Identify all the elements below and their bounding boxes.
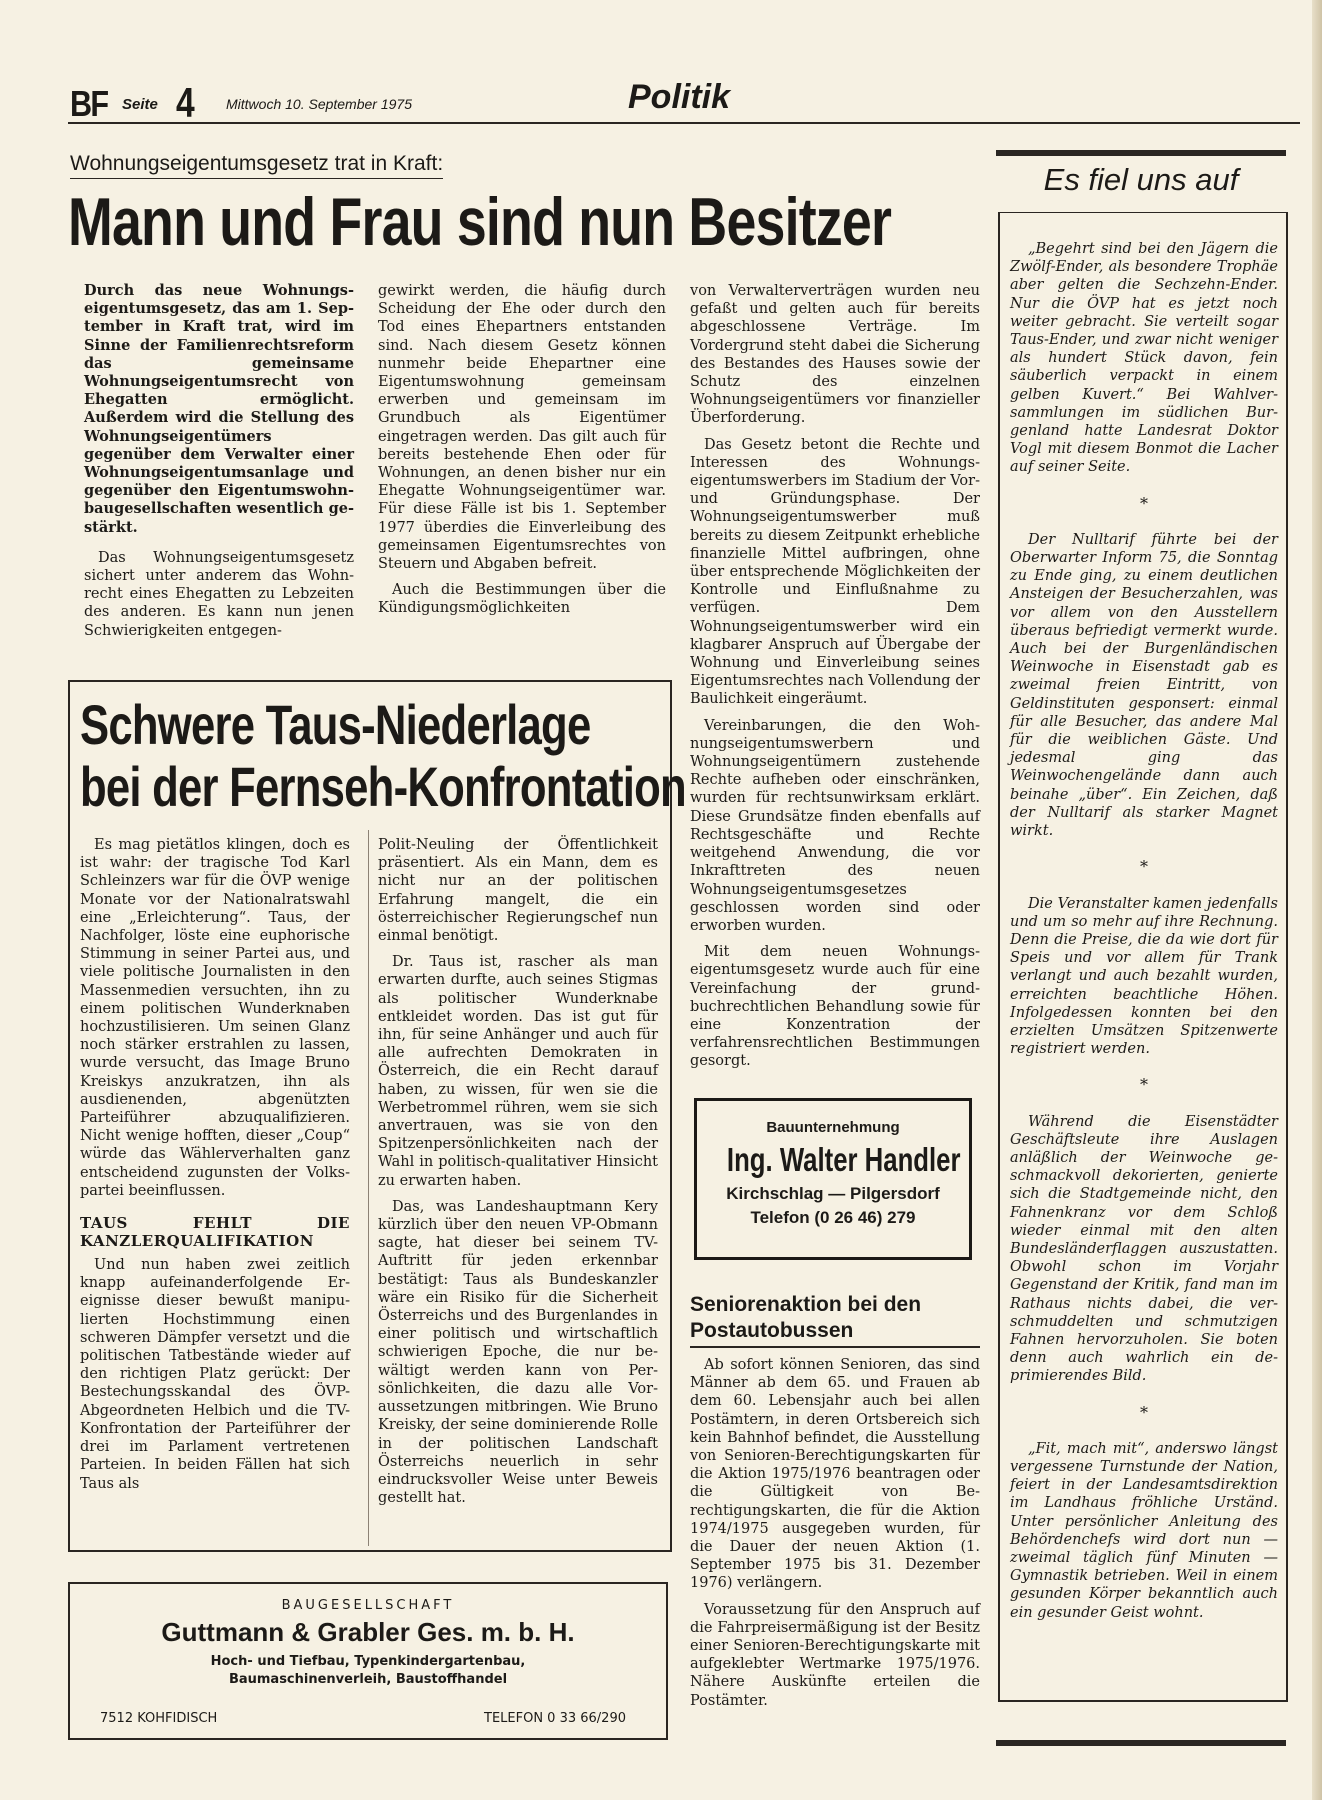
issue-date: Mittwoch 10. September 1975 — [226, 96, 412, 112]
page-label: Seite — [122, 96, 158, 113]
section-title: Politik — [628, 80, 730, 114]
page-edge — [1312, 0, 1322, 1800]
column-divider — [368, 830, 369, 1546]
ad-company-name: Guttmann & Grabler Ges. m. b. H. — [70, 1617, 666, 1648]
article-column-1: Es mag pietätlos klingen, doch es ist wa… — [80, 836, 350, 1493]
article-paragraph: Vereinbarungen, die den Woh­nungseigentu… — [690, 717, 980, 935]
paper-logo: BF — [70, 86, 107, 122]
article-headline: Schwere Taus-Niederlage bei der Fernseh-… — [80, 694, 686, 818]
sidebar-item: „Begehrt sind bei den Jägern die Zwölf-E… — [1010, 240, 1278, 477]
sidebar-item: Die Veranstalter kamen jedenfalls und um… — [1010, 895, 1278, 1059]
article-paragraph: Voraussetzung für den An­spruch auf die … — [690, 1601, 980, 1710]
article-paragraph: Ab sofort können Senioren, das sind Männ… — [690, 1356, 980, 1593]
headline-rule — [690, 1346, 980, 1348]
article-paragraph: Das Wohnungseigentumsgesetz sichert unte… — [84, 549, 354, 640]
advertisement-guttmann-grabler: BAUGESELLSCHAFT Guttmann & Grabler Ges. … — [68, 1582, 668, 1740]
sidebar-item: „Fit, mach mit“, anderswo längst vergess… — [1010, 1440, 1278, 1622]
article-paragraph: Mit dem neuen Wohnungs­eigentumsgesetz w… — [690, 943, 980, 1070]
ad-locations: Kirchschlag — Pilgersdorf — [697, 1184, 969, 1204]
ad-category: Bauunternehmung — [697, 1119, 969, 1136]
article-headline: Mann und Frau sind nun Besitzer — [68, 188, 891, 256]
ad-category: BAUGESELLSCHAFT — [70, 1598, 666, 1613]
article-headline: Seniorenaktion bei den Postautobussen — [690, 1292, 980, 1344]
article-paragraph: von Verwalterverträgen wurden neu gefaßt… — [690, 282, 980, 428]
article-paragraph: Dr. Taus ist, rascher als man erwarten d… — [378, 953, 658, 1190]
article-column-1: Durch das neue Wohnungs­eigentumsgesetz,… — [84, 282, 354, 640]
headline-line-2: bei der Fernseh-Konfrontation — [80, 756, 686, 818]
masthead-rule — [68, 122, 1300, 124]
article-paragraph: Das Gesetz betont die Rechte und Interes… — [690, 436, 980, 709]
asterisk-separator-icon: * — [1010, 1404, 1278, 1422]
article-kicker: Wohnungseigentumsgesetz trat in Kraft: — [70, 152, 443, 179]
page-number: 4 — [176, 82, 195, 124]
article-column-2: gewirkt werden, die häufig durch Scheidu… — [378, 282, 666, 618]
article-column-3: von Verwalterverträgen wurden neu gefaßt… — [690, 282, 980, 1071]
asterisk-separator-icon: * — [1010, 858, 1278, 876]
article-paragraph: Es mag pietätlos klingen, doch es ist wa… — [80, 836, 350, 1200]
ad-services-1: Hoch- und Tiefbau, Typenkindergartenbau, — [70, 1654, 666, 1669]
sidebar-title: Es fiel uns auf — [996, 162, 1286, 198]
article-subhead: TAUS FEHLT DIE KANZLERQUALIFIKATION — [80, 1214, 350, 1250]
article-paragraph: Auch die Bestimmungen über die Kündigung… — [378, 581, 666, 617]
ad-address: 7512 KOHFIDISCH — [100, 1711, 217, 1726]
sidebar-item: Der Nulltarif führte bei der Oberwarter … — [1010, 531, 1278, 840]
advertisement-handler: Bauunternehmung Ing. Walter Handler Kirc… — [694, 1098, 972, 1260]
ad-services-2: Baumaschinenverleih, Baustoffhandel — [70, 1672, 666, 1687]
sidebar-bottom-bar — [996, 1740, 1286, 1746]
ad-company-name: Ing. Walter Handler — [727, 1142, 939, 1178]
article-paragraph: Und nun haben zwei zeitlich knapp aufein… — [80, 1256, 350, 1493]
asterisk-separator-icon: * — [1010, 1076, 1278, 1094]
article-paragraph: Das, was Landeshauptmann Kery kürzlich ü… — [378, 1198, 658, 1507]
sidebar-body: „Begehrt sind bei den Jägern die Zwölf-E… — [1010, 240, 1278, 1622]
ad-phone: TELEFON 0 33 66/290 — [484, 1711, 626, 1726]
article-paragraph: Polit-Neuling der Öffentlichkeit präsent… — [378, 836, 658, 945]
ad-footer: 7512 KOHFIDISCH TELEFON 0 33 66/290 — [100, 1711, 626, 1726]
article-paragraph: gewirkt werden, die häufig durch Scheidu… — [378, 282, 666, 573]
ad-phone: Telefon (0 26 46) 279 — [697, 1208, 969, 1228]
sidebar-top-bar — [996, 150, 1286, 156]
asterisk-separator-icon: * — [1010, 495, 1278, 513]
article-column-2: Polit-Neuling der Öffentlichkeit präsent… — [378, 836, 658, 1507]
article-body: Ab sofort können Senioren, das sind Männ… — [690, 1356, 980, 1710]
article-lead: Durch das neue Wohnungs­eigentumsgesetz,… — [84, 282, 354, 537]
sidebar-item: Während die Eisenstädter Geschäftsleute … — [1010, 1113, 1278, 1386]
headline-line-1: Schwere Taus-Niederlage — [80, 694, 686, 756]
